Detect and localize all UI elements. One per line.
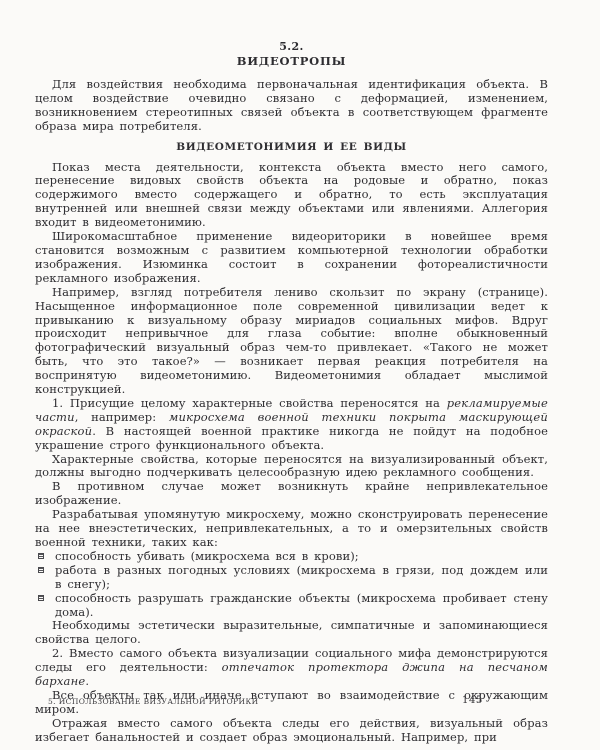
subsection-heading: ВИДЕОМЕТОНИМИЯ И ЕЕ ВИДЫ	[35, 141, 548, 155]
square-bullet-icon	[38, 595, 44, 601]
text-run: работа в разных погодных условиях (микро…	[55, 563, 548, 591]
page-body: Для воздействия необходима первоначальна…	[35, 78, 548, 745]
section-title: ВИДЕОТРОПЫ	[35, 54, 548, 68]
text-run: способность убивать (микросхема вся в кр…	[55, 549, 359, 563]
page-number: 145	[462, 695, 483, 706]
paragraph: Разрабатывая упомянутую микросхему, можн…	[35, 508, 548, 550]
paragraph: 2. Вместо самого объекта визуализации со…	[35, 647, 548, 689]
paragraph: Показ места деятельности, контекста объе…	[35, 161, 548, 231]
running-title: 5. ИСПОЛЬЗОВАНИЕ ВИЗУАЛЬНОЙ РИТОРИКИ	[48, 697, 259, 706]
paragraph: В противном случае может возникнуть край…	[35, 480, 548, 508]
square-bullet-icon	[38, 567, 44, 573]
square-bullet-icon	[38, 553, 44, 559]
paragraph: Для воздействия необходима первоначальна…	[35, 78, 548, 134]
text-run: Показ места деятельности, контекста объе…	[35, 160, 548, 230]
paragraph: Отражая вместо самого объекта следы его …	[35, 717, 548, 745]
text-run: Разрабатывая упомянутую микросхему, можн…	[35, 507, 548, 549]
section-number: 5.2.	[35, 40, 548, 53]
text-run: Характерные свойства, которые переносятс…	[35, 452, 548, 480]
text-run: Для воздействия необходима первоначальна…	[35, 77, 548, 133]
paragraph: Например, взгляд потребителя лениво скол…	[35, 286, 548, 397]
text-run: Например, взгляд потребителя лениво скол…	[35, 285, 548, 396]
text-run: В противном случае может возникнуть край…	[35, 479, 548, 507]
list-item: способность убивать (микросхема вся в кр…	[35, 550, 548, 564]
list-item: способность разрушать гражданские объект…	[35, 592, 548, 620]
text-run: Отражая вместо самого объекта следы его …	[35, 716, 548, 744]
text-run: , например:	[75, 410, 169, 424]
list-item: работа в разных погодных условиях (микро…	[35, 564, 548, 592]
text-run: способность разрушать гражданские объект…	[55, 591, 548, 619]
paragraph: Необходимы эстетически выразительные, си…	[35, 619, 548, 647]
paragraph: Широкомасштабное применение видеориторик…	[35, 230, 548, 286]
book-page: 5.2. ВИДЕОТРОПЫ Для воздействия необходи…	[0, 0, 600, 750]
paragraph: 1. Присущие целому характерные свойства …	[35, 397, 548, 453]
text-run: Широкомасштабное применение видеориторик…	[35, 229, 548, 285]
text-run: . В настоящей военной практике никогда н…	[35, 424, 548, 452]
paragraph: Характерные свойства, которые переносятс…	[35, 453, 548, 481]
text-run: Необходимы эстетически выразительные, си…	[35, 618, 548, 646]
text-run: .	[85, 674, 89, 688]
text-run: 1. Присущие целому характерные свойства …	[52, 396, 447, 410]
